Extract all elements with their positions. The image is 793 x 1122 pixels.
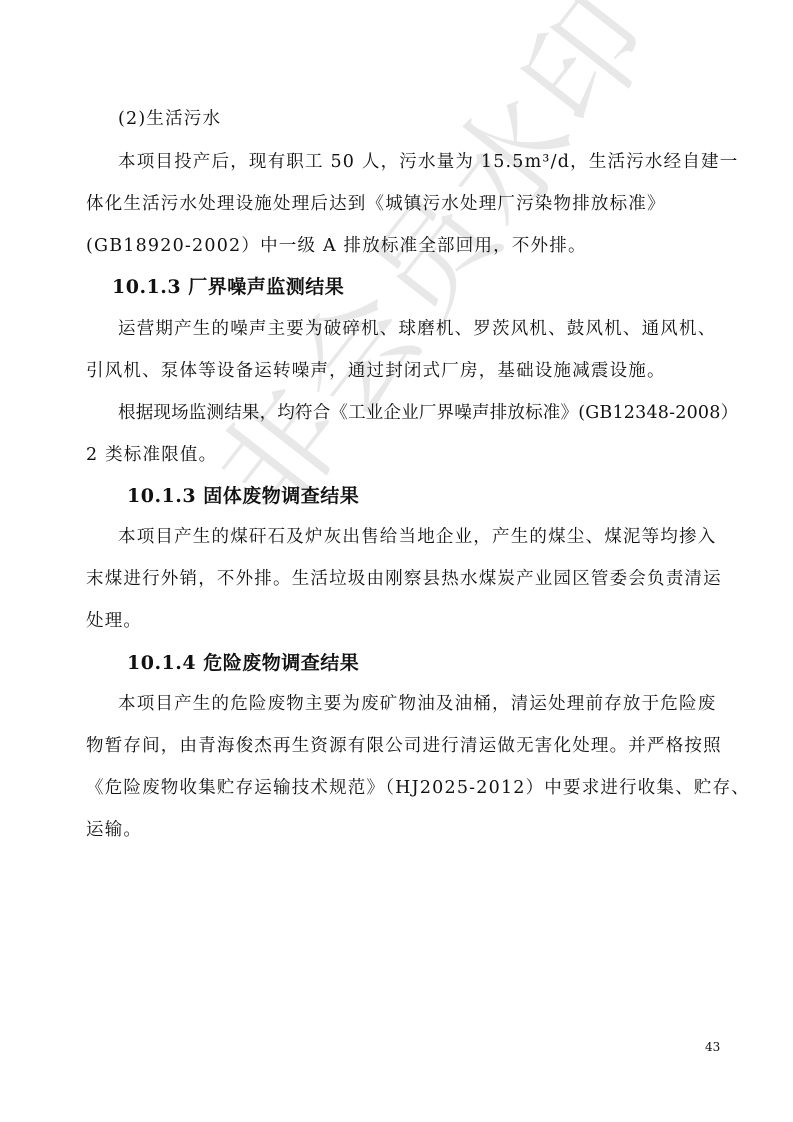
paragraph-line: 运营期产生的噪声主要为破碎机、球磨机、罗茨风机、鼓风机、通风机、 <box>118 315 716 340</box>
paragraph-line: 引风机、泵体等设备运转噪声，通过封闭式厂房，基础设施减震设施。 <box>86 357 666 382</box>
section-heading-noise: 10.1.3 厂界噪声监测结果 <box>112 272 344 299</box>
section-heading-hazardous-waste: 10.1.4 危险废物调查结果 <box>127 648 359 675</box>
paragraph-line: 运输。 <box>86 816 142 841</box>
paragraph-line: (GB18920-2002）中一级 A 排放标准全部回用，不外排。 <box>86 232 587 257</box>
paragraph-line: 末煤进行外销，不外排。生活垃圾由刚察县热水煤炭产业园区管委会负责清运 <box>86 565 722 590</box>
paragraph-line: 本项目产生的煤矸石及炉灰出售给当地企业，产生的煤尘、煤泥等均掺入 <box>118 523 716 548</box>
paragraph-line: 体化生活污水处理设施处理后达到《城镇污水处理厂污染物排放标准》 <box>86 190 666 215</box>
document-page: 非会员水印 (2)生活污水 本项目投产后，现有职工 50 人，污水量为 15.5… <box>0 0 793 1122</box>
paragraph-line: 根据现场监测结果，均符合《工业企业厂界噪声排放标准》(GB12348-2008） <box>118 399 738 424</box>
paragraph-line: 物暂存间，由青海俊杰再生资源有限公司进行清运做无害化处理。并严格按照 <box>86 732 722 757</box>
paragraph-line: 《危险废物收集贮存运输技术规范》（HJ2025-2012）中要求进行收集、贮存、 <box>86 774 750 799</box>
paragraph-line: 本项目投产后，现有职工 50 人，污水量为 15.5m³/d，生活污水经自建一 <box>118 148 738 173</box>
section-heading-solid-waste: 10.1.3 固体废物调查结果 <box>127 481 359 508</box>
page-number: 43 <box>705 1040 720 1054</box>
paragraph-line: 本项目产生的危险废物主要为废矿物油及油桶，清运处理前存放于危险废 <box>118 690 716 715</box>
subsection-title-sewage: (2)生活污水 <box>118 105 221 130</box>
paragraph-line: 处理。 <box>86 607 142 632</box>
paragraph-line: 2 类标准限值。 <box>86 441 217 466</box>
